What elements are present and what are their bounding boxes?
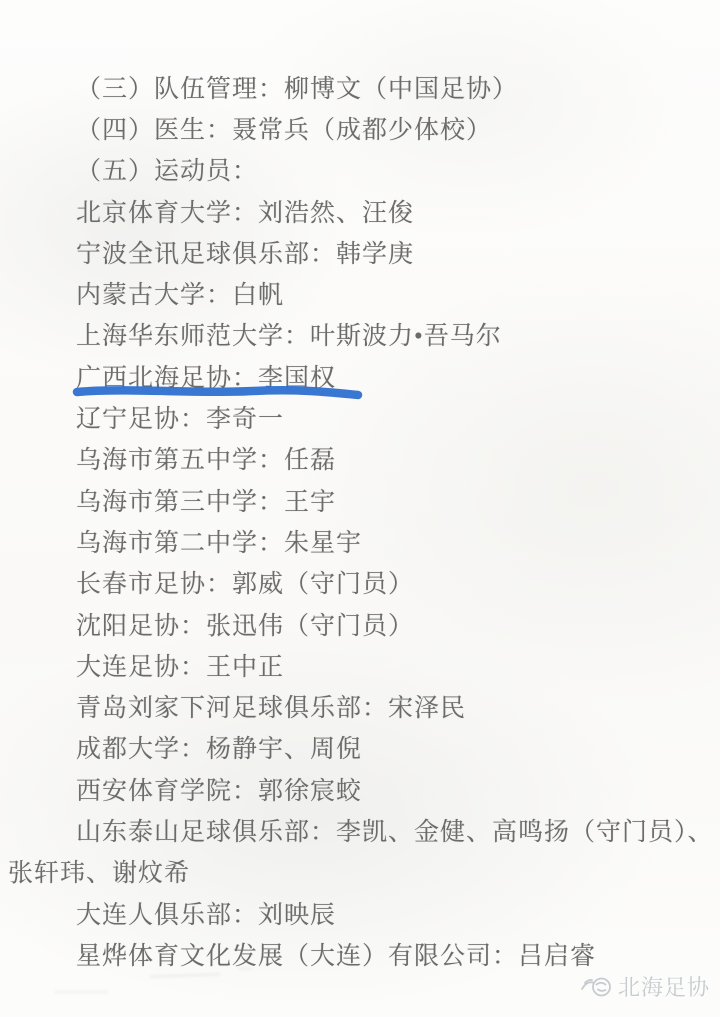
- doc-line-text: 乌海市第三中学：王宇: [76, 482, 336, 518]
- doc-line: 上海华东师范大学：叶斯波力•吾马尔: [76, 314, 720, 355]
- doc-line: 山东泰山足球俱乐部：李凯、金健、高鸣扬（守门员）、: [76, 809, 720, 850]
- doc-line: （四）医生：聂常兵（成都少体校）: [76, 107, 720, 148]
- doc-line-text: 乌海市第五中学：任磊: [76, 440, 336, 476]
- doc-line-text: 山东泰山足球俱乐部：李凯、金健、高鸣扬（守门员）、: [76, 812, 714, 848]
- document-page: （三）队伍管理：柳博文（中国足协） （四）医生：聂常兵（成都少体校） （五）运动…: [0, 0, 720, 1017]
- doc-line-text: 宁波全讯足球俱乐部：韩学庚: [76, 234, 414, 270]
- doc-line-text: 乌海市第二中学：朱星宇: [76, 523, 362, 559]
- doc-line: 大连足协：王中正: [76, 644, 720, 685]
- doc-line: 青岛刘家下河足球俱乐部：宋泽民: [76, 685, 720, 726]
- scan-artifact: [238, 967, 252, 970]
- doc-line: 宁波全讯足球俱乐部：韩学庚: [76, 231, 720, 272]
- doc-line: （三）队伍管理：柳博文（中国足协）: [76, 66, 720, 107]
- doc-line: 乌海市第五中学：任磊: [76, 438, 720, 479]
- scan-artifact: [55, 991, 107, 993]
- doc-line-text: 西安体育学院：郭徐宸蛟: [76, 771, 362, 807]
- doc-line-text: 大连人俱乐部：刘映辰: [76, 895, 336, 931]
- doc-line-text: 张轩玮、谢炆希: [8, 853, 190, 889]
- document-lines: （三）队伍管理：柳博文（中国足协） （四）医生：聂常兵（成都少体校） （五）运动…: [76, 66, 720, 975]
- doc-line-text: （四）医生：聂常兵（成都少体校）: [76, 110, 492, 146]
- watermark: 北海足协: [579, 971, 710, 1002]
- doc-line: 沈阳足协：张迅伟（守门员）: [76, 603, 720, 644]
- doc-line: 乌海市第二中学：朱星宇: [76, 520, 720, 561]
- doc-line: 大连人俱乐部：刘映辰: [76, 892, 720, 933]
- doc-line-text: 长春市足协：郭威（守门员）: [76, 564, 414, 600]
- doc-line-text: 青岛刘家下河足球俱乐部：宋泽民: [76, 688, 466, 724]
- doc-line-text: 大连足协：王中正: [76, 647, 284, 683]
- doc-line: 张轩玮、谢炆希: [8, 851, 720, 892]
- doc-line: 内蒙古大学：白帆: [76, 272, 720, 313]
- doc-line-text: （五）运动员：: [76, 151, 258, 187]
- doc-line: （五）运动员：: [76, 149, 720, 190]
- doc-line: 北京体育大学：刘浩然、汪俊: [76, 190, 720, 231]
- doc-line-text: 星烨体育文化发展（大连）有限公司：吕启睿: [76, 936, 596, 972]
- doc-line: 星烨体育文化发展（大连）有限公司：吕启睿: [76, 933, 720, 974]
- doc-line-text: （三）队伍管理：柳博文（中国足协）: [76, 69, 518, 105]
- doc-line-text: 成都大学：杨静宇、周倪: [76, 729, 362, 765]
- doc-line: 辽宁足协：李奇一: [76, 396, 720, 437]
- doc-line: 成都大学：杨静宇、周倪: [76, 727, 720, 768]
- doc-line: 长春市足协：郭威（守门员）: [76, 562, 720, 603]
- doc-line-text: 上海华东师范大学：叶斯波力•吾马尔: [76, 316, 502, 352]
- doc-line-text: 广西北海足协：李国权: [76, 358, 336, 394]
- doc-line-text: 沈阳足协：张迅伟（守门员）: [76, 606, 414, 642]
- doc-line-text: 辽宁足协：李奇一: [76, 399, 284, 435]
- doc-line: 西安体育学院：郭徐宸蛟: [76, 768, 720, 809]
- doc-line: 广西北海足协：李国权: [76, 355, 720, 396]
- doc-line: 乌海市第三中学：王宇: [76, 479, 720, 520]
- watermark-label: 北海足协: [618, 971, 710, 1002]
- football-emblem-icon: [579, 974, 613, 1000]
- doc-line-text: 内蒙古大学：白帆: [76, 275, 284, 311]
- doc-line-text: 北京体育大学：刘浩然、汪俊: [76, 193, 414, 229]
